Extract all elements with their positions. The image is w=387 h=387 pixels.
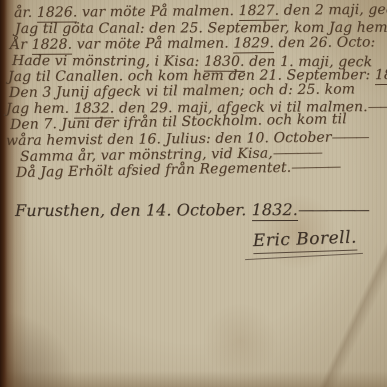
underlined-year: 1829.: [233, 35, 274, 53]
text-segment: År: [10, 37, 32, 53]
text-line: år. 1826. var möte På malmen. 1827. den …: [14, 2, 385, 21]
manuscript-lines: år. 1826. var möte På malmen. 1827. den …: [14, 5, 385, 181]
underlined-year: 1832.: [252, 200, 298, 221]
ink-rule: ————: [291, 159, 339, 176]
text-segment: den 2 maji, geck: [279, 2, 387, 19]
text-segment: Den 3 Junij afgeck vi til malmen; och d:…: [9, 81, 355, 101]
text-line: År 1828. var möte På malmen. 1829. den 2…: [10, 34, 385, 53]
ink-rule: ———: [331, 129, 367, 145]
manuscript-page: år. 1826. var möte På malmen. 1827. den …: [0, 0, 387, 387]
text-segment: Jag hem.: [6, 101, 74, 117]
text-segment: år.: [14, 5, 37, 21]
text-segment: Furusthen, den 14. October.: [15, 200, 252, 220]
text-line: Den 3 Junij afgeck vi til malmen; och d:…: [9, 81, 385, 101]
signature-flourish: [245, 253, 363, 260]
dateline: Furusthen, den 14. October. 1832.—————: [15, 197, 385, 224]
text-segment: var möte På malmen.: [77, 3, 238, 20]
text-segment: den 26. Octo:: [274, 34, 375, 51]
underlined-year: 1827.: [239, 3, 280, 21]
signature: Eric Borell.: [253, 228, 358, 255]
manuscript-text-block: år. 1826. var möte På malmen. 1827. den …: [14, 5, 385, 257]
text-segment: var möte På malmen.: [72, 35, 233, 52]
ink-rule: —————: [298, 200, 368, 219]
